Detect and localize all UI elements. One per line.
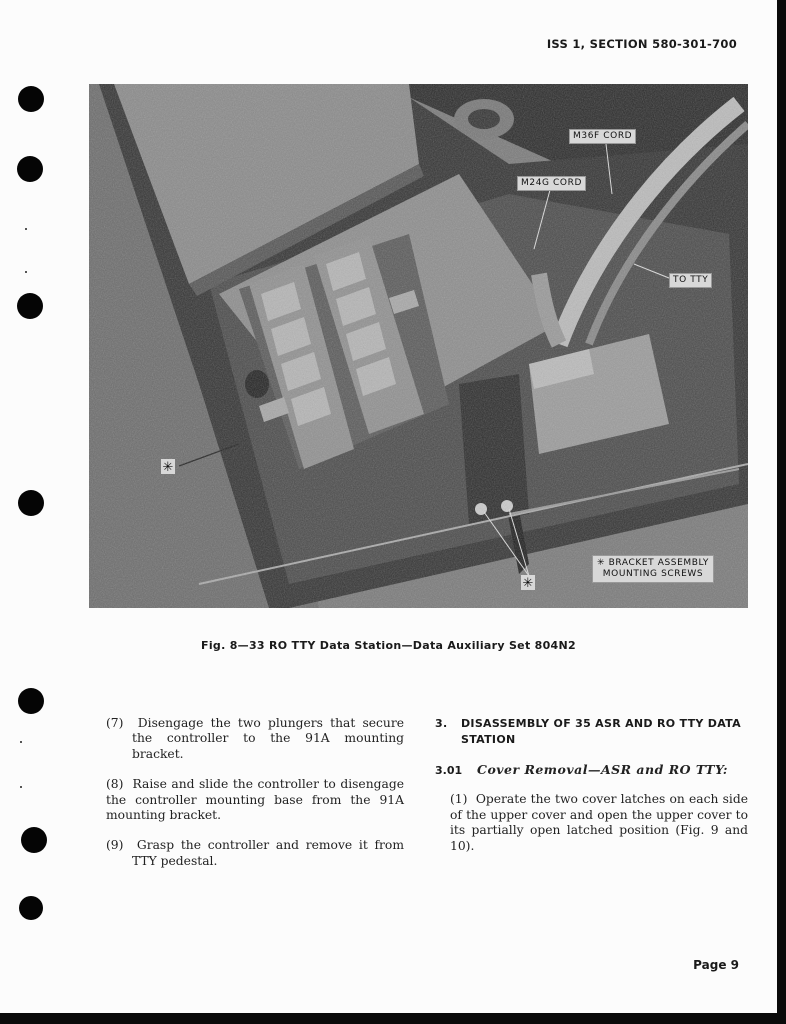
scan-speck — [25, 228, 27, 230]
legend-line-2: MOUNTING SCREWS — [597, 569, 709, 580]
scan-speck — [20, 786, 22, 788]
legend-line-1: ✳ BRACKET ASSEMBLY — [597, 558, 709, 569]
callout-star-bottom: ✳ — [521, 575, 535, 590]
scan-speck — [20, 741, 22, 743]
section-title: DISASSEMBLY OF 35 ASR AND RO TTY DATA ST… — [461, 716, 748, 748]
section-heading: 3. DISASSEMBLY OF 35 ASR AND RO TTY DATA… — [435, 716, 748, 748]
figure-photo: M36F CORD M24G CORD TO TTY ✳ ✳ ✳ BRACKET… — [89, 84, 748, 608]
punch-hole — [18, 86, 44, 112]
punch-hole — [21, 827, 47, 853]
left-column: (7) Disengage the two plungers that secu… — [106, 716, 404, 884]
equipment-photo-illustration — [89, 84, 748, 608]
callout-legend-bracket-screws: ✳ BRACKET ASSEMBLY MOUNTING SCREWS — [592, 555, 714, 583]
step-7: (7) Disengage the two plungers that secu… — [106, 716, 404, 762]
punch-hole — [18, 490, 44, 516]
punch-hole — [17, 293, 43, 319]
step-9: (9) Grasp the controller and remove it f… — [106, 838, 404, 869]
step-8: (8) Raise and slide the controller to di… — [106, 777, 404, 823]
punch-hole — [17, 156, 43, 182]
subsection-number: 3.01 — [435, 763, 477, 778]
punch-hole — [19, 896, 43, 920]
step-text: Grasp the controller and remove it from … — [132, 838, 404, 867]
step-number: (9) — [106, 838, 123, 852]
subsection-title: Cover Removal—ASR and RO TTY: — [477, 762, 728, 777]
right-column: 3. DISASSEMBLY OF 35 ASR AND RO TTY DATA… — [435, 716, 748, 869]
step-text: Disengage the two plungers that secure t… — [132, 716, 404, 761]
figure-caption: Fig. 8—33 RO TTY Data Station—Data Auxil… — [0, 639, 777, 652]
step-number: (7) — [106, 716, 123, 730]
section-header: ISS 1, SECTION 580-301-700 — [547, 37, 737, 51]
callout-m24g-cord: M24G CORD — [517, 176, 586, 191]
section-number: 3. — [435, 716, 461, 748]
scan-speck — [25, 271, 27, 273]
callout-to-tty: TO TTY — [669, 273, 712, 288]
page-number: Page 9 — [693, 958, 739, 972]
punch-hole — [18, 688, 44, 714]
callout-m36f-cord: M36F CORD — [569, 129, 636, 144]
step-text: Operate the two cover latches on each si… — [450, 792, 748, 852]
step-1: (1) Operate the two cover latches on eac… — [435, 792, 748, 854]
document-page: ISS 1, SECTION 580-301-700 — [0, 0, 777, 1013]
step-text: Raise and slide the controller to diseng… — [106, 777, 404, 822]
subsection-heading: 3.01 Cover Removal—ASR and RO TTY: — [435, 762, 748, 778]
step-number: (1) — [450, 792, 467, 806]
step-number: (8) — [106, 777, 123, 791]
callout-star-left: ✳ — [161, 459, 175, 474]
